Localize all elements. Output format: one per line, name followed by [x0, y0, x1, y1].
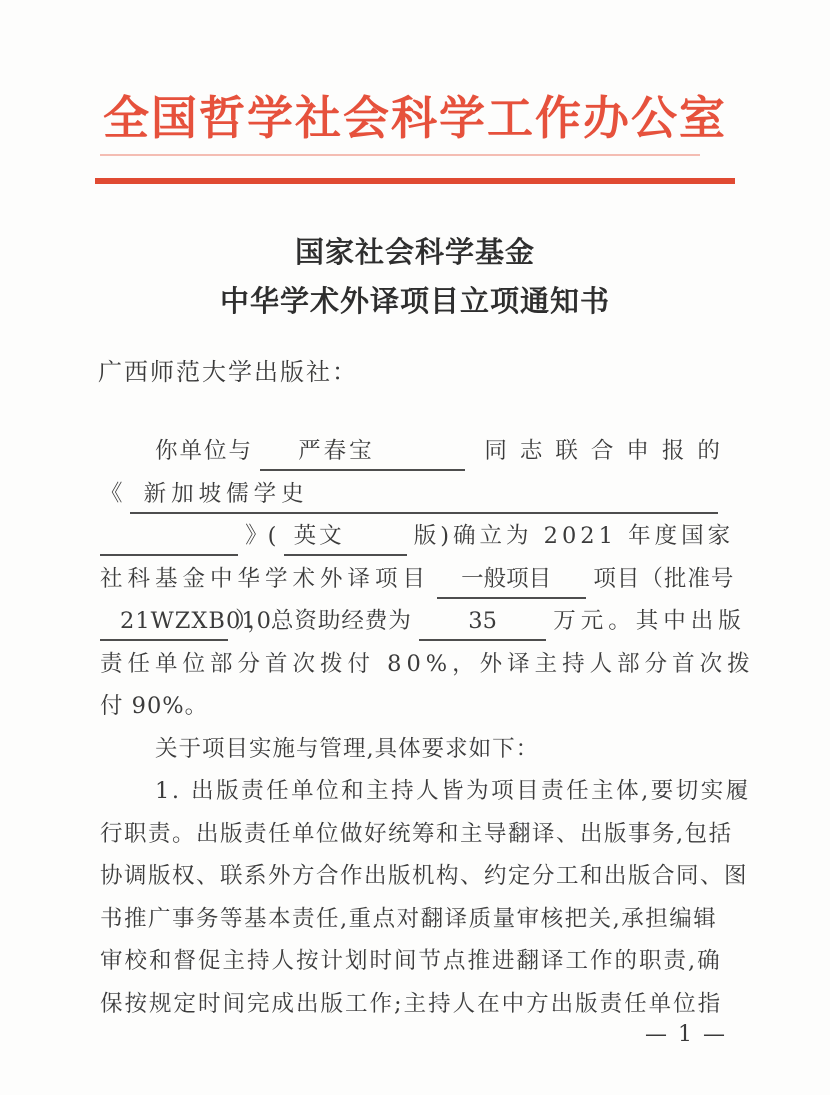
body-line-3: 》( 英文 版)确立为 2021 年度国家 — [100, 515, 734, 558]
line1-pre-text: 你单位与 — [155, 438, 253, 464]
scanned-document-page: 全国哲学社会科学工作办公室 国家社会科学基金 中华学术外译项目立项通知书 广西师… — [0, 0, 830, 1095]
body-line-11: 协调版权、联系外方合作出版机构、约定分工和出版合同、图 — [100, 855, 734, 898]
letterhead-thin-rule — [100, 154, 700, 156]
line3-post-text: 版)确立为 2021 年度国家 — [414, 523, 734, 549]
body-line-9: 1. 出版责任单位和主持人皆为项目责任主体,要切实履 — [100, 770, 734, 813]
letter-body: 你单位与 严春宝 同志联合申报的 《 新加坡儒学史 》( 英文 版)确立为 20… — [100, 430, 734, 1025]
blank-underline — [100, 521, 238, 556]
partner-name-fill: 严春宝 — [260, 436, 465, 471]
body-line-6: 责任单位部分首次拨付 80%，外译主持人部分首次拨 — [100, 643, 734, 686]
recipient-line: 广西师范大学出版社： — [98, 352, 358, 387]
body-line-4: 社科基金中华学术外译项目 一般项目 项目（批准号 — [100, 558, 734, 601]
line2-open-quote: 《 — [100, 481, 123, 507]
line5-post-text: 万元。其中出版 — [553, 608, 746, 634]
body-line-7: 付 90%。 — [100, 685, 734, 728]
doc-title-line1: 国家社会科学基金 — [0, 228, 830, 277]
body-line-2: 《 新加坡儒学史 — [100, 473, 734, 516]
funding-amount-fill: 35 — [419, 606, 546, 641]
line4-post-text: 项目（批准号 — [593, 566, 734, 592]
line1-post-text: 同志联合申报的 — [484, 438, 733, 464]
line4-pre-text: 社科基金中华学术外译项目 — [100, 566, 430, 592]
letterhead-org-name: 全国哲学社会科学工作办公室 — [0, 90, 830, 146]
body-line-5: 21WZXB010 ），总资助经费为 35 万元。其中出版 — [100, 600, 734, 643]
line3-close-quote: 》( — [245, 523, 276, 549]
page-number: — 1 — — [645, 1022, 727, 1047]
body-line-10: 行职责。出版责任单位做好统筹和主导翻译、出版事务,包括 — [100, 813, 734, 856]
line5-mid-text: ），总资助经费为 — [235, 608, 412, 634]
project-type-fill: 一般项目 — [437, 564, 586, 599]
body-line-13: 审校和督促主持人按计划时间节点推进翻译工作的职责,确 — [100, 940, 734, 983]
body-line-12: 书推广事务等基本责任,重点对翻译质量审核把关,承担编辑 — [100, 898, 734, 941]
approval-number-fill: 21WZXB010 — [100, 606, 228, 641]
doc-title-line2: 中华学术外译项目立项通知书 — [0, 277, 830, 326]
language-fill: 英文 — [284, 521, 407, 556]
body-line-1: 你单位与 严春宝 同志联合申报的 — [100, 430, 734, 473]
body-line-8: 关于项目实施与管理,具体要求如下： — [100, 728, 734, 771]
book-title-fill: 新加坡儒学史 — [130, 479, 718, 514]
letterhead-thick-rule — [95, 178, 735, 184]
body-line-14: 保按规定时间完成出版工作;主持人在中方出版责任单位指 — [100, 983, 734, 1026]
doc-title: 国家社会科学基金 中华学术外译项目立项通知书 — [0, 228, 830, 326]
